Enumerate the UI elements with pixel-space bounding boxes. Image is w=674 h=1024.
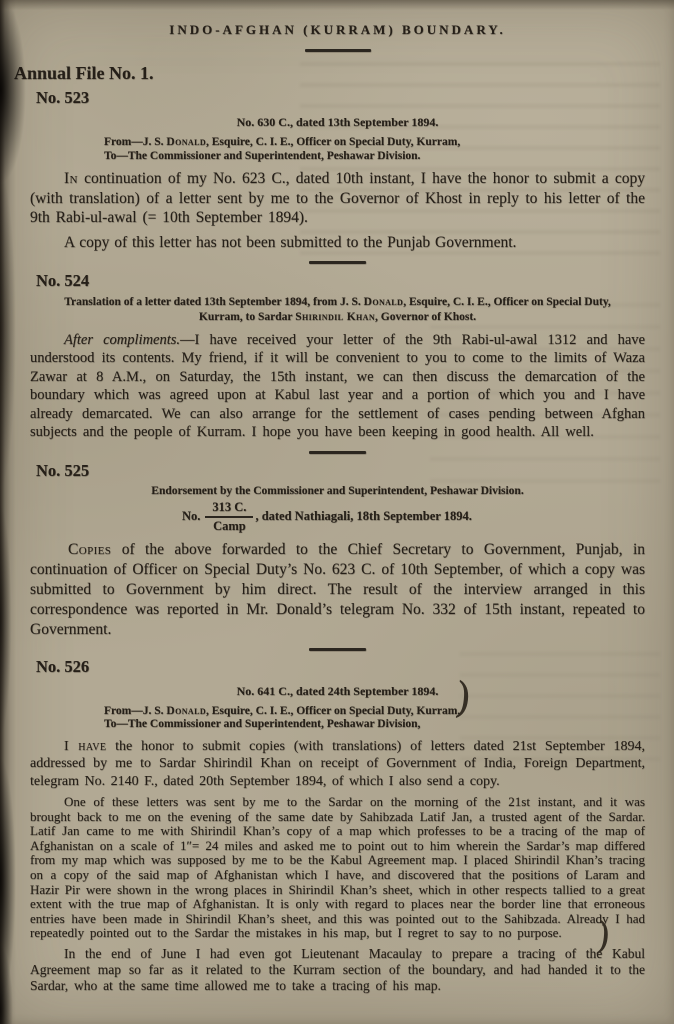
page-content: INDO-AFGHAN (KURRAM) BOUNDARY. Annual Fi… — [0, 0, 674, 1024]
ref-suffix: , dated Nathiagali, 18th September 1894. — [255, 509, 471, 524]
body-paragraph: A copy of this letter has not been submi… — [30, 233, 645, 252]
paragraph-text: One of these letters was sent by me to t… — [30, 794, 645, 940]
from-line-526: From—J. S. Donald, Esquire, C. I. E., Of… — [104, 705, 645, 719]
section-divider — [305, 49, 371, 52]
section-number-526: No. 526 — [36, 657, 645, 677]
from-prefix: From—J. S. — [104, 136, 166, 148]
body-paragraph: In the end of June I had even got Lieute… — [30, 946, 645, 994]
paragraph-lead: In — [64, 170, 78, 187]
paragraph-lead: I have — [64, 739, 106, 754]
annual-file-label: Annual File No. 1. — [14, 63, 645, 84]
body-paragraph: Copies of the above forwarded to the Chi… — [30, 540, 645, 640]
paragraph-text: continuation of my No. 623 C., dated 10t… — [30, 170, 645, 226]
paragraph-text: of the above forwarded to the Chief Secr… — [30, 541, 645, 638]
reference-number-line: No. 313 C.Camp , dated Nathiagali, 18th … — [182, 500, 645, 534]
doc-ref-text: No. 641 C., dated 24th September 1894. — [237, 684, 439, 698]
from-name: Donald — [166, 705, 206, 717]
from-suffix: , Esquire, C. I. E., Officer on Special … — [206, 705, 460, 717]
heading-name: Shirindil Khan — [295, 311, 375, 323]
ref-prefix: No. — [182, 509, 200, 524]
doc-ref-526: No. 641 C., dated 24th September 1894.) — [30, 684, 645, 699]
handwritten-paren-mark: ) — [455, 697, 471, 699]
paragraph-lead-italic: After compliments. — [64, 332, 180, 348]
to-line-523: To—The Commissioner and Superintendent, … — [104, 150, 645, 164]
section-number-523: No. 523 — [36, 88, 645, 108]
section-number-525: No. 525 — [36, 461, 645, 481]
paragraph-lead: Copies — [68, 541, 111, 558]
to-line-526: To—The Commissioner and Superintendent, … — [104, 718, 645, 732]
page-title: INDO-AFGHAN (KURRAM) BOUNDARY. — [30, 22, 645, 38]
section-divider — [309, 648, 366, 651]
document-page: INDO-AFGHAN (KURRAM) BOUNDARY. Annual Fi… — [0, 0, 674, 1024]
body-paragraph: One of these letters was sent by me to t… — [30, 795, 645, 941]
endorsement-heading: Endorsement by the Commissioner and Supe… — [30, 485, 645, 497]
body-paragraph: After compliments.—I have received your … — [30, 331, 645, 442]
from-line-523: From—J. S. Donald, Esquire, C. I. E., Of… — [104, 136, 645, 150]
from-name: Donald — [166, 136, 206, 148]
from-suffix: , Esquire, C. I. E., Officer on Special … — [206, 136, 460, 148]
heading-name: Donald — [364, 296, 404, 308]
ref-camp: Camp — [205, 518, 253, 534]
from-prefix: From—J. S. — [104, 705, 166, 717]
ref-number: 313 C. — [205, 500, 253, 518]
section-divider — [309, 451, 366, 454]
handwritten-paren-mark: ) — [562, 932, 611, 937]
paragraph-text: the honor to submit copies (with transla… — [30, 739, 645, 789]
body-paragraph: I have the honor to submit copies (with … — [30, 738, 645, 791]
ref-fraction: 313 C.Camp — [205, 500, 253, 534]
heading-text: , Governor of Khost. — [375, 311, 476, 323]
doc-ref-523: No. 630 C., dated 13th September 1894. — [30, 115, 645, 130]
section-divider — [309, 261, 366, 264]
translation-heading: Translation of a letter dated 13th Septe… — [48, 295, 626, 326]
heading-text: Translation of a letter dated 13th Septe… — [64, 296, 363, 308]
section-number-524: No. 524 — [36, 271, 645, 291]
body-paragraph: In continuation of my No. 623 C., dated … — [30, 169, 645, 228]
